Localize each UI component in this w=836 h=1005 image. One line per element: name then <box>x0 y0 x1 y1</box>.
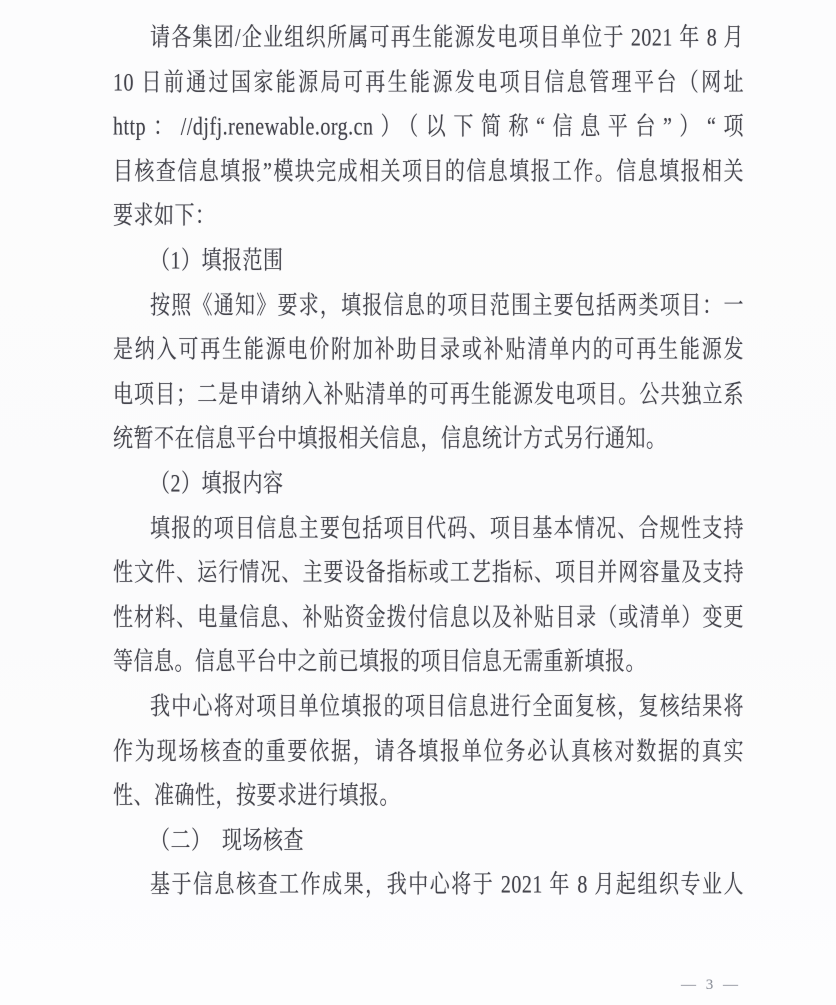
text-line: 基于信息核查工作成果，我中心将于 2021 年 8 月起组织专业人 <box>113 858 744 913</box>
document-body: 请各集团/企业组织所属可再生能源发电项目单位于 2021 年 8 月10 日前通… <box>113 16 744 908</box>
page-number: — 3 — <box>681 977 741 994</box>
document-page: 请各集团/企业组织所属可再生能源发电项目单位于 2021 年 8 月10 日前通… <box>0 0 836 1005</box>
